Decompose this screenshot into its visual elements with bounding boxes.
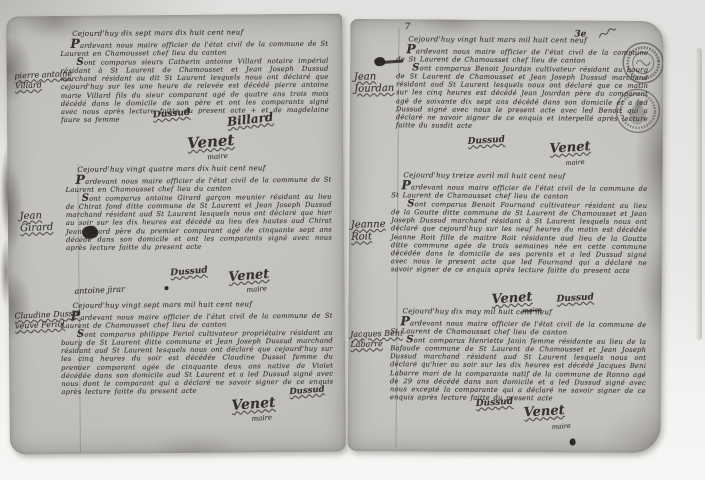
record-date-line: Cejourd'huy vingt huit mars mil huit cen… bbox=[396, 35, 648, 45]
death-record: Cejourd'huy vingt quatre mars dix huit c… bbox=[65, 164, 332, 252]
declarant-signature: Dussud bbox=[476, 397, 514, 409]
record-date-line: Cejourd'huy dix may mil huit cent neuf bbox=[390, 307, 646, 317]
declarant-signature: Dussud bbox=[467, 135, 505, 147]
ink-dot bbox=[570, 438, 576, 445]
right-page: 3e 7 Jean Jourdan Jeanne Roit Jacques Be… bbox=[347, 19, 663, 453]
record-body: Sont comparus Benoit Fournand cultivateu… bbox=[391, 200, 648, 275]
mayor-signature: Venet bbox=[187, 131, 235, 153]
declarant-signature: Dussud bbox=[170, 265, 208, 278]
declarant-signature: Dussud bbox=[556, 292, 594, 304]
mayor-signature: Venet bbox=[491, 290, 533, 308]
mayor-signature: Venet bbox=[231, 395, 276, 414]
mayor-title: maire bbox=[551, 422, 571, 431]
death-record: Cejourd'huy dix may mil huit cent neuf P… bbox=[390, 307, 647, 403]
register-scan: pierre antoine Villard Jean Girard Claud… bbox=[0, 0, 705, 480]
pardevant-line: Pardevant nous maire officier de l'état … bbox=[390, 317, 646, 337]
record-body: Sont comparus Benoit Jourdan cultivateur… bbox=[396, 64, 648, 131]
declarant-signature: antoine jirar bbox=[74, 285, 125, 296]
record-body: Sont comparus philippe Feriol cultivateu… bbox=[61, 329, 334, 396]
death-record: Cejourd'huy vingt sept mars mil huit cen… bbox=[61, 300, 334, 396]
pardevant-line: Pardevant nous maire officier de l'état … bbox=[391, 181, 647, 201]
record-body: Sont comparus sieurs Catherin antoine Vi… bbox=[60, 57, 329, 124]
mayor-signature: Venet bbox=[523, 403, 565, 421]
next-page-edge bbox=[695, 48, 702, 340]
record-date-line: Cejourd'huy vingt sept mars mil huit cen… bbox=[61, 300, 333, 310]
death-record: Cejourd'huy dix sept mars dix huit cent … bbox=[60, 28, 329, 124]
declarant-signature: Dussud bbox=[289, 384, 325, 397]
mayor-title: maire bbox=[207, 152, 228, 162]
death-record: Cejourd'huy treize avril mil huit cent n… bbox=[391, 171, 648, 275]
pardevant-line: Pardevant nous maire officier de l'état … bbox=[60, 38, 328, 59]
mayor-title: maire bbox=[565, 158, 585, 167]
folio-mark: 7 bbox=[404, 22, 410, 32]
record-body: Sont comparus Henriette Janin femme rési… bbox=[390, 336, 646, 403]
mayor-title: maire bbox=[246, 285, 267, 295]
record-date-line: Cejourd'huy treize avril mil huit cent n… bbox=[391, 171, 647, 181]
margin-note: Jean Girard bbox=[19, 209, 68, 235]
pardevant-line: Pardevant nous maire officier de l'état … bbox=[65, 174, 331, 195]
record-date-line: Cejourd'huy vingt quatre mars dix huit c… bbox=[65, 164, 331, 174]
record-body: Sont comparus antoine Girard garçon meun… bbox=[66, 193, 332, 252]
mayor-title: maire bbox=[251, 413, 272, 423]
mayor-signature: Venet bbox=[228, 267, 270, 285]
mayor-signature: Venet bbox=[549, 139, 591, 157]
pardevant-line: Pardevant nous maire officier de l'état … bbox=[396, 45, 648, 65]
ink-dot bbox=[164, 286, 168, 290]
record-date-line: Cejourd'huy dix sept mars dix huit cent … bbox=[60, 28, 328, 38]
ink-blot bbox=[82, 226, 98, 239]
left-page: pierre antoine Villard Jean Girard Claud… bbox=[6, 14, 346, 455]
death-record: Cejourd'huy vingt huit mars mil huit cen… bbox=[396, 35, 649, 131]
pardevant-line: Pardevant nous maire officier de l'état … bbox=[61, 310, 333, 331]
